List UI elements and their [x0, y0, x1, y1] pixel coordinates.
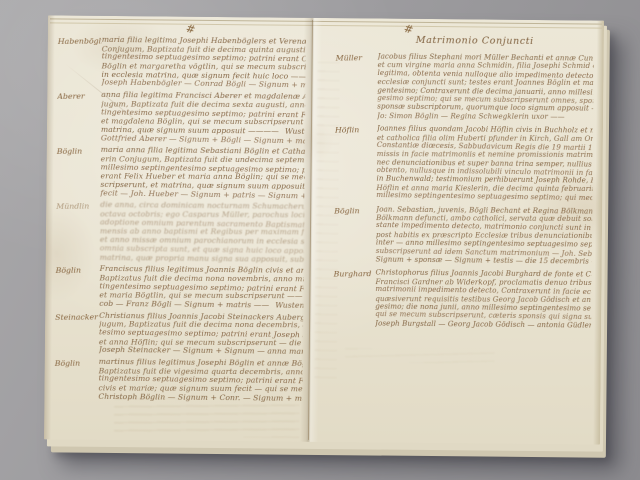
marriage-section-heading: Matrimonio Conjuncti — [366, 34, 584, 47]
entry-text: Franciscus filius legitimus Joannis Bögl… — [99, 265, 303, 310]
manuscript-line: Joseph Burgstall — Georg Jacob Gödisch —… — [375, 319, 591, 329]
register-entry: Habenböglinmaria filia legitima Josephi … — [57, 35, 305, 90]
manuscript-line: millesimo septingentesimo septuagesimo s… — [376, 191, 592, 203]
entry-margin-surname: Böglin — [57, 146, 101, 156]
manuscript-sheet: # # Habenböglinmaria filia legitima Jose… — [44, 15, 604, 444]
officiant-signature: Wustenberg — [269, 301, 303, 310]
line-text: Joseph Burgstall — Georg Jacob Gödisch —… — [375, 319, 591, 329]
entry-margin-surname: Mündlin — [56, 201, 100, 211]
register-entry: SteinackerChristianus filius Joannis Jac… — [55, 311, 303, 357]
left-page-baptism-register: Habenböglinmaria filia legitima Josephi … — [54, 35, 306, 406]
entry-text: maria anna filia legitima Sebastiani Bög… — [100, 146, 304, 200]
entry-text: Joannes filius quondam Jacobi Höflin civ… — [376, 125, 593, 203]
entry-margin-surname: Böglin — [334, 205, 376, 215]
entry-margin-surname: Höflin — [335, 124, 377, 134]
entry-text: Christophorus filius Joannis Jacobi Burg… — [375, 269, 592, 330]
line-text: Joseph Steinacker — Signum + Signum — an… — [99, 346, 303, 357]
entry-text: die anna, circa dominicam nocturnam Schu… — [100, 201, 305, 264]
manuscript-line: Joseph Steinacker — Signum + Signum — an… — [99, 346, 303, 357]
top-sheet-edge-line — [50, 18, 602, 28]
manuscript-line: Joseph Habenbögler — Conrad Bögli — Sign… — [101, 79, 305, 91]
register-entry: HöflinJoannes filius quondam Jacobi Höfl… — [334, 124, 593, 202]
right-page-marriage-register: Matrimonio Conjuncti MüllerJacobus filiu… — [333, 34, 594, 335]
register-entry: Böglinmartinus filius legitimus Josephi … — [54, 357, 302, 403]
entry-margin-surname: Habenböglin — [58, 35, 102, 45]
register-entry: Abereranna filia legitima Francisci Aber… — [57, 91, 305, 146]
manuscript-line: matrina, quæ propria manu signa sua appo… — [100, 253, 304, 264]
register-entry: BurghardChristophorus filius Joannis Jac… — [333, 268, 592, 329]
manuscript-line: Jo: Simon Böglin — Regina Schwegklerin u… — [377, 112, 593, 121]
officiant-signature: Wustenberg — [279, 127, 305, 136]
register-entry: BöglinJoan. Sebastian, juvenis, Bögli Be… — [334, 205, 593, 266]
entry-text: anna filia legitima Francisci Aberer et … — [101, 91, 305, 145]
register-entry: Mündlindie anna, circa dominicam nocturn… — [56, 201, 305, 264]
line-text: cob — Franz Bögli — Signum + matris —— — [99, 300, 269, 310]
register-entry: MüllerJacobus filius Stephani mori Mülle… — [335, 52, 594, 122]
register-entry: Böglinmaria anna filia legitima Sebastia… — [56, 146, 304, 201]
ink-bleedthrough-left — [114, 398, 299, 438]
manuscript-stack: # # Habenböglinmaria filia legitima Jose… — [44, 15, 604, 444]
entry-margin-surname: Müller — [336, 52, 378, 62]
entry-margin-surname: Böglin — [56, 265, 100, 275]
entry-margin-surname: Steinacker — [55, 311, 99, 321]
entry-text: maria filia legitima Josephi Habenbögler… — [101, 36, 305, 90]
line-text: millesimo septingentesimo septuagesimo s… — [376, 191, 592, 203]
manuscript-line: Signum + sponsæ — Signum + testis — die … — [376, 255, 592, 265]
marriage-entries: MüllerJacobus filius Stephani mori Mülle… — [333, 52, 594, 330]
line-text: Signum + sponsæ — Signum + testis — die … — [376, 255, 592, 265]
photo-of-manuscript: { "colors": { "background": "#9a999c", "… — [0, 0, 640, 480]
left-page-mark: # — [184, 22, 196, 37]
entry-text: Jacobus filius Stephani mori Müller Bech… — [377, 53, 594, 122]
register-entry: BöglinFranciscus filius legitimus Joanni… — [55, 265, 303, 311]
entry-margin-surname: Burghard — [334, 268, 376, 278]
entry-margin-surname: Aberer — [57, 91, 101, 101]
ink-bleedthrough-gutter — [315, 62, 340, 382]
ink-bleedthrough-right — [345, 348, 495, 363]
entry-text: martinus filius legitimus Josephi Böglin… — [98, 358, 302, 403]
entry-text: Christianus filius Joannis Jacobi Steina… — [99, 311, 303, 356]
entry-margin-surname: Böglin — [55, 357, 99, 367]
manuscript-line: cob — Franz Bögli — Signum + matris ——Wu… — [99, 300, 303, 311]
entry-text: Joan. Sebastian, juvenis, Bögli Bechant … — [376, 205, 593, 266]
left-paper-edge-shading — [44, 15, 55, 439]
